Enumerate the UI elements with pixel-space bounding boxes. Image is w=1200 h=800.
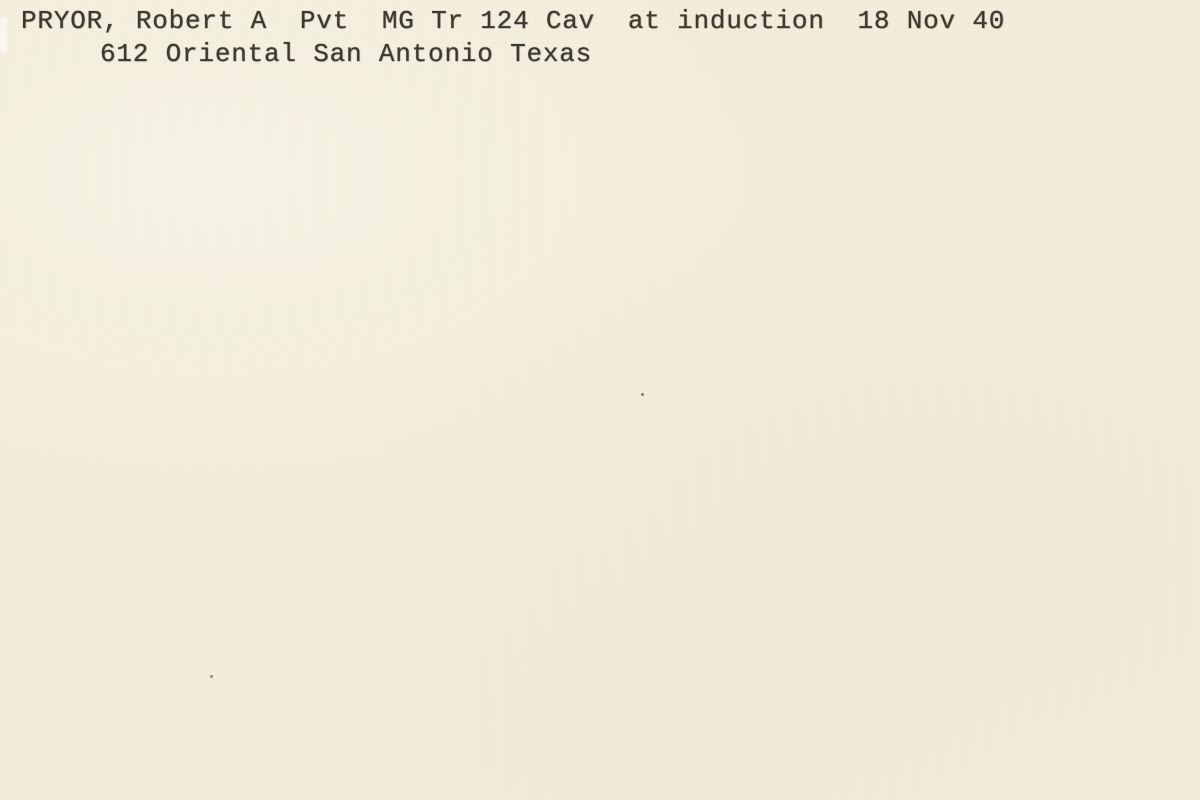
scan-edge-highlight — [0, 18, 7, 52]
paper-speck — [210, 675, 213, 678]
card-line-name-rank-unit-date: PRYOR, Robert A Pvt MG Tr 124 Cav at ind… — [21, 8, 1005, 35]
index-card: PRYOR, Robert A Pvt MG Tr 124 Cav at ind… — [0, 0, 1200, 800]
paper-speck — [641, 393, 644, 396]
card-line-address: 612 Oriental San Antonio Texas — [100, 41, 592, 68]
